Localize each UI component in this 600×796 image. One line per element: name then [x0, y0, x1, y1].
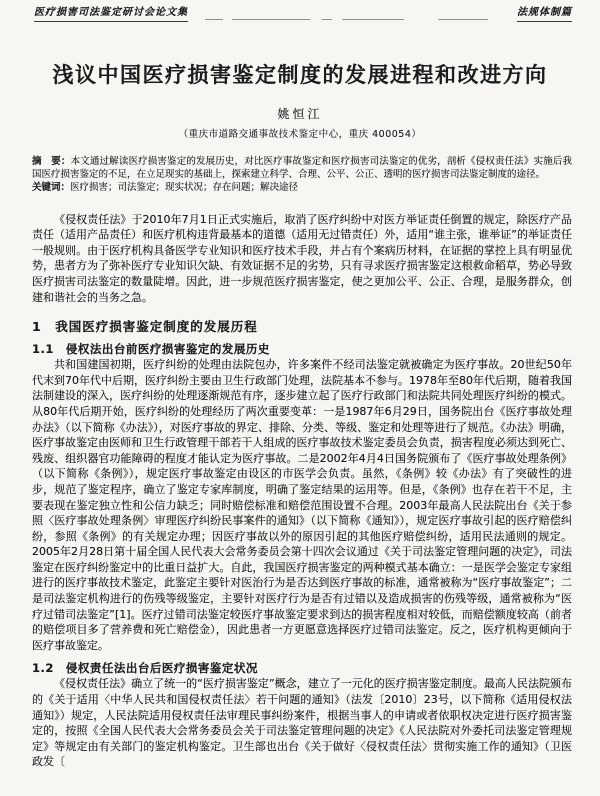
- scan-artifact-line: [205, 19, 223, 20]
- scan-artifact-line: [342, 19, 404, 20]
- abstract-label: 摘 要：: [32, 156, 71, 167]
- section-1-2-heading: 1.2 侵权责任法出台后医疗损害鉴定状况: [32, 661, 572, 676]
- intro-paragraph: 《侵权责任法》于2010年7月1日正式实施后，取消了医疗纠纷中对医方举证责任倒置…: [32, 212, 572, 306]
- abstract-paragraph: 摘 要：本文通过解读医疗损害鉴定的发展历史，对比医疗事故鉴定和医疗损害司法鉴定的…: [32, 155, 572, 181]
- scan-artifact-line: [322, 19, 332, 20]
- abstract-text: 本文通过解读医疗损害鉴定的发展历史，对比医疗事故鉴定和医疗损害司法鉴定的优劣，剖…: [32, 156, 572, 180]
- running-header-right: 法规体制篇: [517, 7, 572, 22]
- document-page: 医疗损害司法鉴定研讨会论文集 法规体制篇 浅议中国医疗损害鉴定制度的发展进程和改…: [0, 0, 600, 796]
- section-1-heading: 1 我国医疗损害鉴定制度的发展历程: [32, 319, 572, 334]
- author-affiliation: （重庆市道路交通事故技术鉴定中心，重庆 400054）: [0, 126, 600, 140]
- scan-artifact-line: [232, 19, 310, 20]
- scan-artifact-line: [438, 19, 488, 20]
- author-name: 姚恒江: [0, 105, 600, 122]
- section-1-1-body: 共和国建国初期，医疗纠纷的处理由法院包办，许多案件不经司法鉴定就被确定为医疗事故…: [32, 357, 572, 653]
- running-header: 医疗损害司法鉴定研讨会论文集 法规体制篇: [0, 0, 600, 22]
- running-header-left: 医疗损害司法鉴定研讨会论文集: [34, 7, 188, 22]
- abstract-block: 摘 要：本文通过解读医疗损害鉴定的发展历史，对比医疗事故鉴定和医疗损害司法鉴定的…: [32, 155, 572, 195]
- section-1-1-heading: 1.1 侵权法出台前医疗损害鉴定的发展历史: [32, 342, 572, 357]
- keywords-text: 医疗损害；司法鉴定；现实状况；存在问题；解决途径: [70, 182, 298, 193]
- section-1-2-body: 《侵权责任法》确立了统一的“医疗损害鉴定”概念，建立了一元化的医疗损害鉴定制度。…: [32, 676, 572, 770]
- keywords-paragraph: 关键词：医疗损害；司法鉴定；现实状况；存在问题；解决途径: [32, 181, 572, 194]
- paper-title: 浅议中国医疗损害鉴定制度的发展进程和改进方向: [30, 62, 570, 88]
- keywords-label: 关键词：: [32, 182, 70, 193]
